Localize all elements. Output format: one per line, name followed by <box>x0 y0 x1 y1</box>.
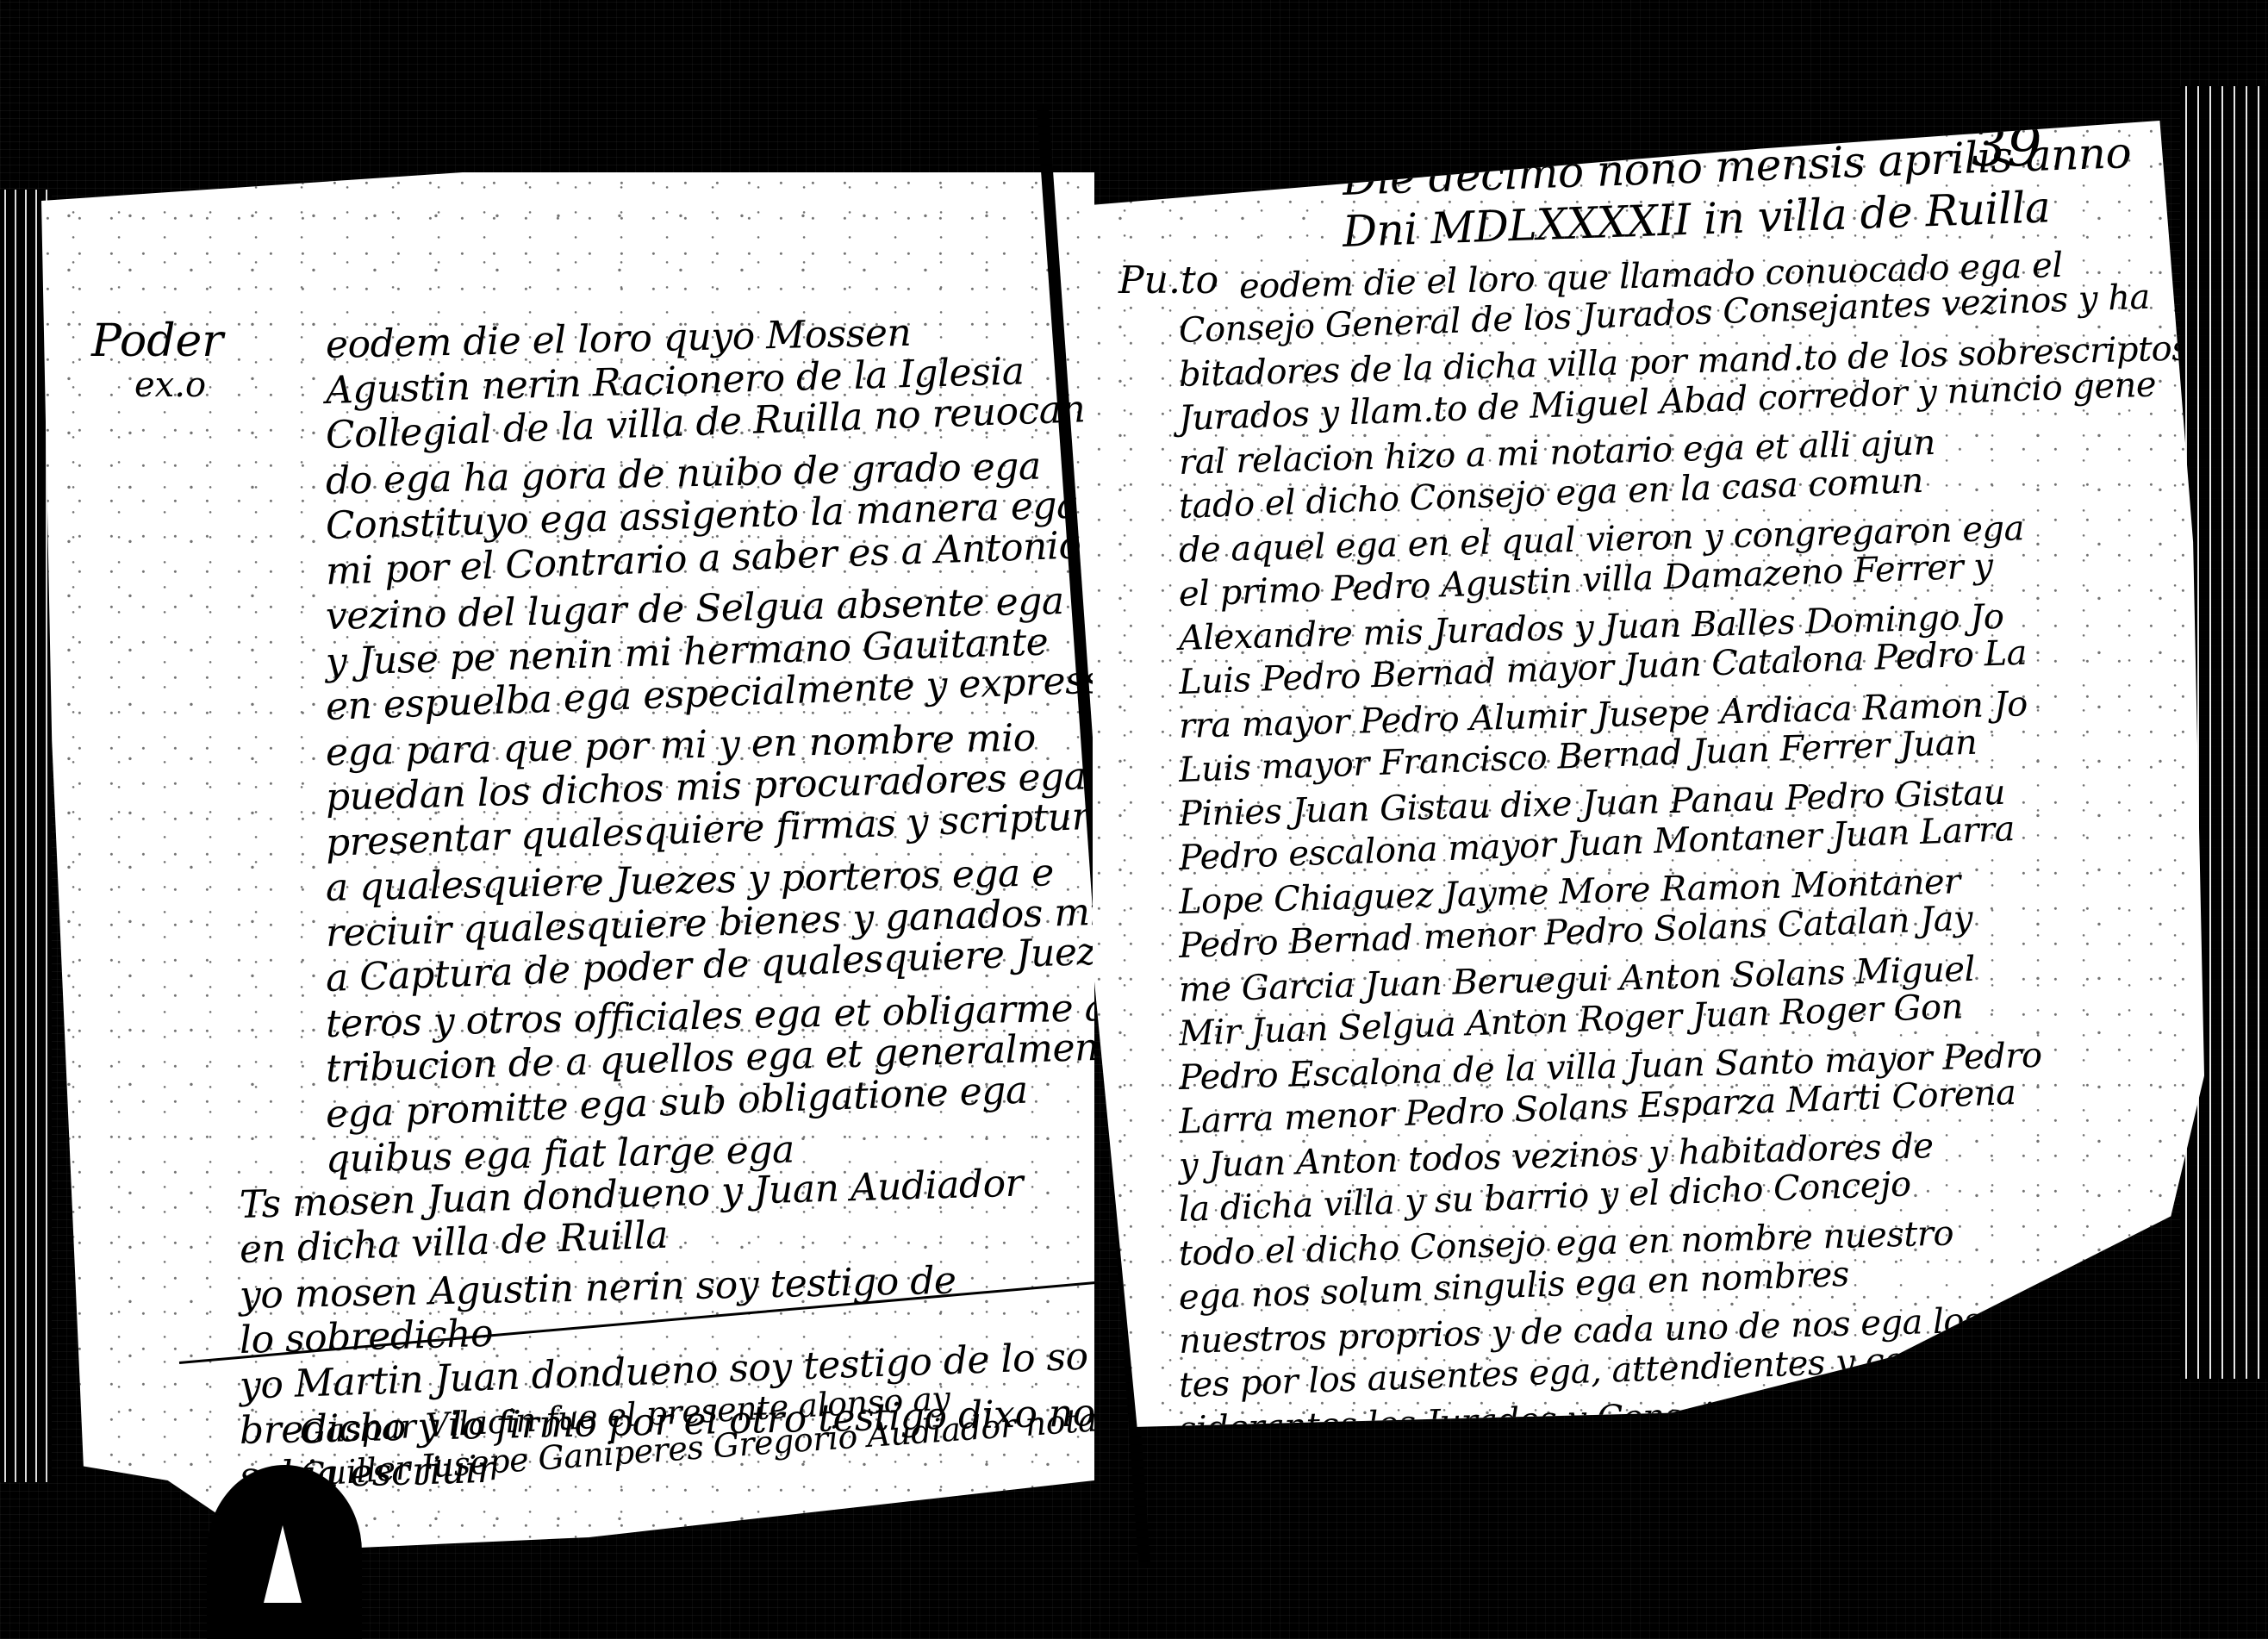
right-margin-note: Pu.to <box>1118 260 1218 302</box>
left-folio: Poder ex.o eodem die el loro quyo Mossen… <box>41 172 1094 1594</box>
book-left-edge <box>0 190 52 1482</box>
margin-note-line-1: Poder <box>91 317 223 366</box>
stamp-notch <box>264 1525 302 1603</box>
left-margin-note: Poder ex.o <box>91 317 223 404</box>
margin-note-line-2: ex.o <box>91 366 223 404</box>
stamp-blot <box>207 1465 362 1639</box>
